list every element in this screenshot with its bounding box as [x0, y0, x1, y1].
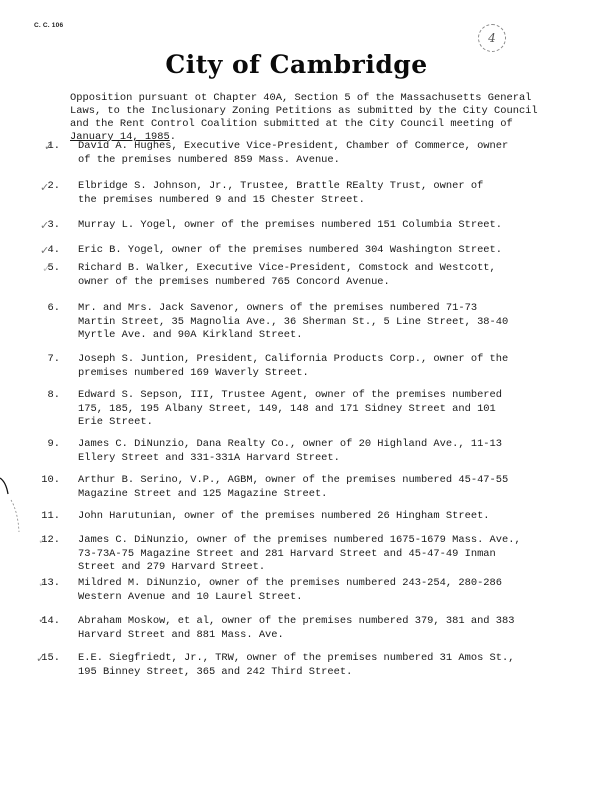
item-text: James C. DiNunzio, owner of the premises…: [78, 534, 548, 575]
item-number: 3.: [12, 219, 60, 233]
form-code: C. C. 106: [34, 22, 63, 29]
item-text: James C. DiNunzio, Dana Realty Co., owne…: [78, 438, 548, 465]
item-text: Arthur B. Serino, V.P., AGBM, owner of t…: [78, 474, 548, 501]
intro-paragraph: Opposition pursuant ot Chapter 40A, Sect…: [70, 92, 540, 144]
item-number: 1.: [12, 140, 60, 154]
item-number: 13.: [12, 577, 60, 591]
item-text: Mildred M. DiNunzio, owner of the premis…: [78, 577, 548, 604]
item-text: John Harutunian, owner of the premises n…: [78, 510, 548, 524]
item-text: Edward S. Sepson, III, Trustee Agent, ow…: [78, 389, 548, 430]
document-title: City of Cambridge: [0, 50, 593, 79]
item-text: Joseph S. Juntion, President, California…: [78, 353, 548, 380]
item-text: Eric B. Yogel, owner of the premises num…: [78, 244, 548, 258]
intro-text: Opposition pursuant ot Chapter 40A, Sect…: [70, 92, 538, 130]
item-number: 7.: [12, 353, 60, 367]
item-number: 5.: [12, 262, 60, 276]
document-page: C. C. 106 4 City of Cambridge Opposition…: [0, 0, 593, 800]
item-number: 15.: [12, 652, 60, 666]
item-number: 6.: [12, 302, 60, 316]
item-number: 14.: [12, 615, 60, 629]
handwritten-page-number: 4: [478, 24, 506, 52]
item-text: Murray L. Yogel, owner of the premises n…: [78, 219, 548, 233]
item-text: Abraham Moskow, et al, owner of the prem…: [78, 615, 548, 642]
item-number: 8.: [12, 389, 60, 403]
item-text: David A. Hughes, Executive Vice-Presiden…: [78, 140, 548, 167]
item-number: 4.: [12, 244, 60, 258]
item-text: Elbridge S. Johnson, Jr., Trustee, Bratt…: [78, 180, 548, 207]
margin-pen-mark-icon: [0, 470, 30, 550]
item-text: Mr. and Mrs. Jack Savenor, owners of the…: [78, 302, 548, 343]
item-number: 9.: [12, 438, 60, 452]
item-number: 2.: [12, 180, 60, 194]
item-text: Richard B. Walker, Executive Vice-Presid…: [78, 262, 548, 289]
item-text: E.E. Siegfriedt, Jr., TRW, owner of the …: [78, 652, 548, 679]
